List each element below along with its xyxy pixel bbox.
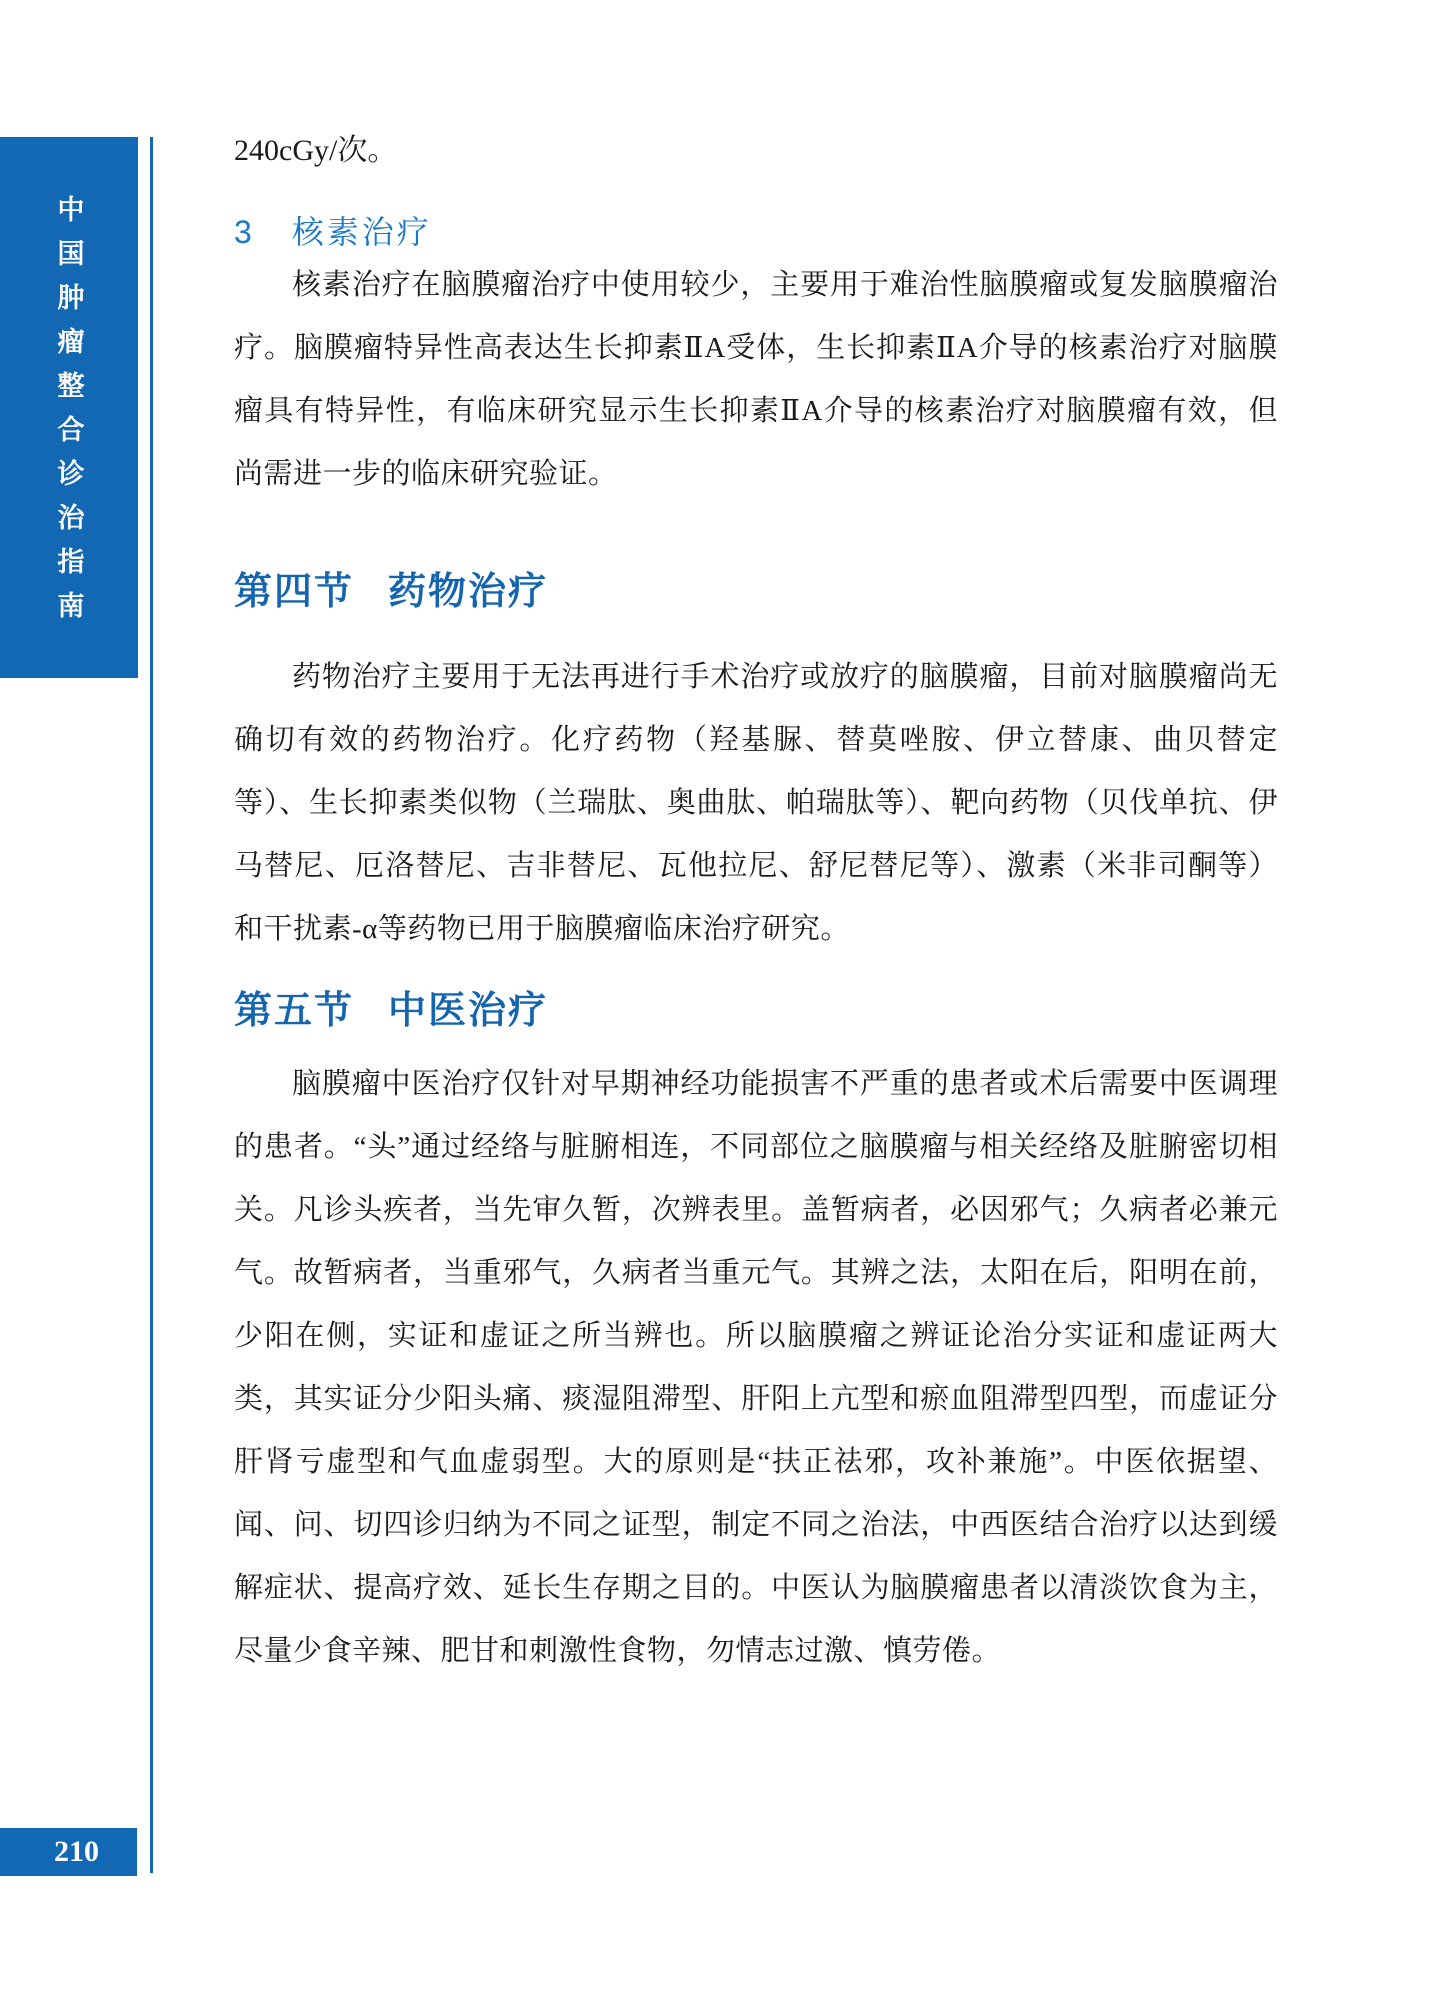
section5-title: 中医治疗 xyxy=(388,985,548,1037)
paragraph-drug-therapy: 药物治疗主要用于无法再进行手术治疗或放疗的脑膜瘤，目前对脑膜瘤尚无确切有效的药物… xyxy=(234,646,1278,961)
document-page: 中国肿瘤整合诊治指南 210 240cGy/次。 3 核素治疗 核素治疗在脑膜瘤… xyxy=(0,0,1444,2010)
heading-nuclide-therapy: 3 核素治疗 xyxy=(234,210,1278,254)
paragraph-continuation: 240cGy/次。 xyxy=(234,130,1278,172)
sidebar-divider-line xyxy=(150,137,153,1873)
heading-nuclide-number: 3 xyxy=(234,210,252,254)
heading-nuclide-title: 核素治疗 xyxy=(292,210,432,254)
section5-label: 第五节 xyxy=(234,985,354,1037)
content-area: 240cGy/次。 3 核素治疗 核素治疗在脑膜瘤治疗中使用较少，主要用于难治性… xyxy=(234,130,1278,1683)
paragraph-nuclide-therapy: 核素治疗在脑膜瘤治疗中使用较少，主要用于难治性脑膜瘤或复发脑膜瘤治疗。脑膜瘤特异… xyxy=(234,254,1278,506)
page-number-badge: 210 xyxy=(0,1828,137,1876)
heading-section4: 第四节 药物治疗 xyxy=(234,566,1278,618)
page-number: 210 xyxy=(54,1835,99,1869)
paragraph-tcm-therapy: 脑膜瘤中医治疗仅针对早期神经功能损害不严重的患者或术后需要中医调理的患者。“头”… xyxy=(234,1053,1278,1683)
section4-title: 药物治疗 xyxy=(388,566,548,618)
heading-section5: 第五节 中医治疗 xyxy=(234,985,1278,1037)
sidebar-band: 中国肿瘤整合诊治指南 xyxy=(0,137,138,678)
section4-label: 第四节 xyxy=(234,566,354,618)
sidebar-book-title: 中国肿瘤整合诊治指南 xyxy=(50,195,89,635)
